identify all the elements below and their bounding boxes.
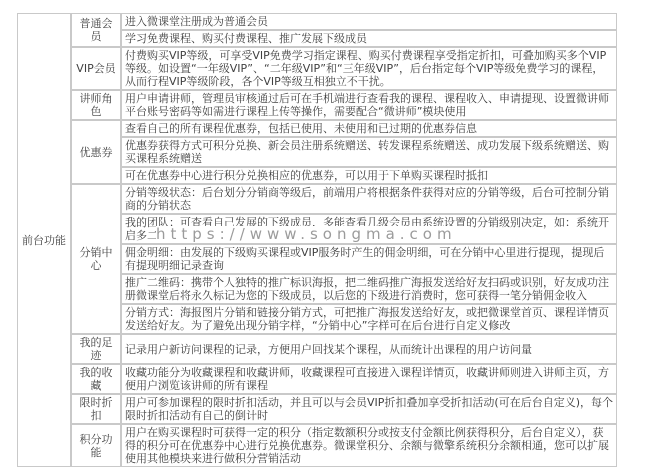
feature-label-lecturer-role: 讲师角色 [71,90,121,120]
feature-label-regular-member: 普通会员 [71,13,121,47]
table-row: 限时折扣 用户可参加课程的限时折扣活动，并且可以与会员VIP折扣叠加享受折扣活动… [17,394,617,400]
table-row: VIP会员 付费购买VIP等级，可享受VIP免费学习指定课程、购买付费课程享受指… [17,47,617,90]
watermark-url-text: https://www.songma.com [156,228,457,241]
feature-desc: 收藏功能分为收藏课程和收藏讲师，收藏课程可直接进入课程详情页，收藏讲师则进入讲师… [121,364,617,394]
feature-label-coupon: 优惠券 [71,120,121,184]
feature-desc: 记录用户新访问课程的记录，方便用户回找某个课程，从而统计出课程的用户访问量 [121,334,617,364]
frontend-feature-table: 前台功能 普通会员 进入微课堂注册成为普通会员 学习免费课程、购买付费课程、推广… [17,13,617,400]
feature-desc: 分销方式：海报图片分销和链接分销方式，可把推广海报发送给好友，或把微课堂首页、课… [121,304,617,334]
feature-label-my-favorites: 我的收藏 [71,364,121,394]
section-label-frontend: 前台功能 [17,13,71,400]
feature-document: 前台功能 普通会员 进入微课堂注册成为普通会员 学习免费课程、购买付费课程、推广… [17,13,617,400]
feature-desc: 查看自己的所有课程优惠券，包括已使用、未使用和已过期的优惠券信息 [121,120,617,137]
feature-label-limited-time-discount: 限时折扣 [71,394,121,400]
feature-desc: 佣金明细：由发展的下级购买课程或VIP服务时产生的佣金明细，可在分销中心里进行提… [121,244,617,274]
feature-desc-my-team: 我的团队：可查看自己发展的下级成员，多能查看几级会员由系统设置的分销级别决定，如… [121,214,617,244]
table-row: 我的足迹 记录用户新访问课程的记录，方便用户回找某个课程，从而统计出课程的用户访… [17,334,617,364]
feature-desc: 付费购买VIP等级，可享受VIP免费学习指定课程、购买付费课程享受指定折扣，可叠… [121,47,617,90]
feature-desc: 分销等级状态：后台划分分销商等级后，前端用户将根据条件获得对应的分销等级，后台可… [121,184,617,214]
watermark-overlay: https://www.songma.com [156,226,468,243]
feature-desc: 用户申请讲师，管理员审核通过后可在手机端进行查看我的课程、课程收入、申请提现、设… [121,90,617,120]
feature-label-my-footprints: 我的足迹 [71,334,121,364]
feature-desc: 学习免费课程、购买付费课程、推广发展下级成员 [121,30,617,47]
feature-label-distribution-center: 分销中心 [71,184,121,334]
table-row: 分销中心 分销等级状态：后台划分分销商等级后，前端用户将根据条件获得对应的分销等… [17,184,617,214]
table-row: 我的收藏 收藏功能分为收藏课程和收藏讲师，收藏课程可直接进入课程详情页，收藏讲师… [17,364,617,394]
table-row: 讲师角色 用户申请讲师，管理员审核通过后可在手机端进行查看我的课程、课程收入、申… [17,90,617,120]
feature-desc: 推广二维码：携带个人独特的推广标识海报，把二维码推广海报发送给好友扫码或识别，好… [121,274,617,304]
table-row: 前台功能 普通会员 进入微课堂注册成为普通会员 [17,13,617,30]
feature-desc: 优惠券获得方式可积分兑换、新会员注册系统赠送、转发课程系统赠送、成功发展下级系统… [121,137,617,167]
feature-desc: 用户可参加课程的限时折扣活动，并且可以与会员VIP折扣叠加享受折扣活动(可在后台… [121,394,617,400]
feature-label-vip-member: VIP会员 [71,47,121,90]
table-row: 优惠券 查看自己的所有课程优惠券，包括已使用、未使用和已过期的优惠券信息 [17,120,617,137]
feature-desc: 进入微课堂注册成为普通会员 [121,13,617,30]
feature-desc: 可在优惠券中心进行积分兑换相应的优惠券，可以用于下单购买课程时抵扣 [121,167,617,184]
